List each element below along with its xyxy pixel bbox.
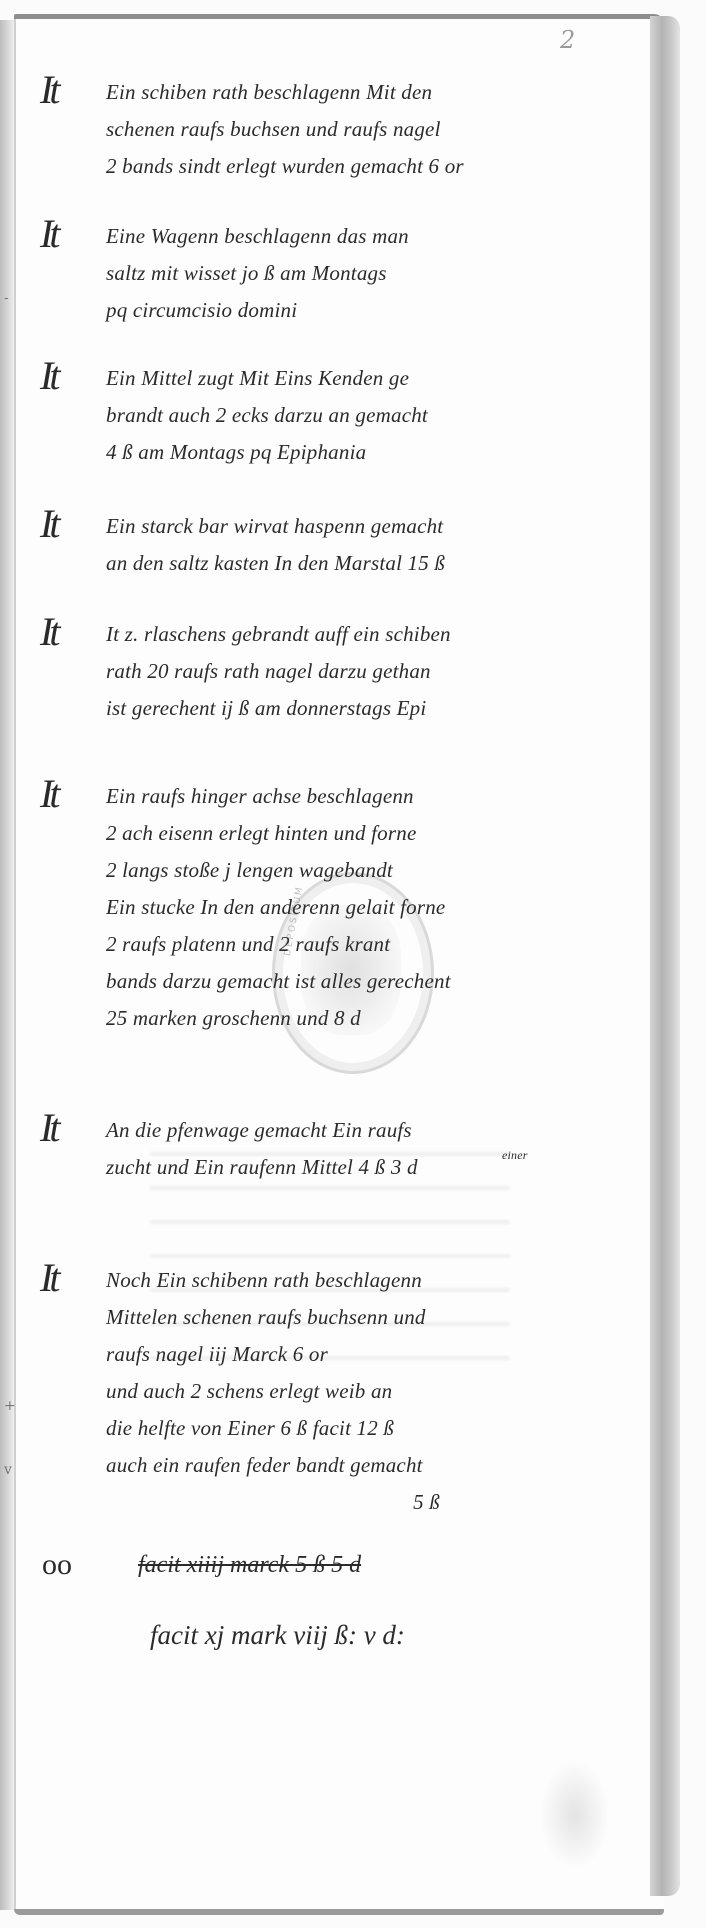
margin-mark: v bbox=[4, 1462, 12, 1478]
entry-line: Eine Wagenn beschlagenn das man bbox=[106, 218, 660, 255]
item-mark: It bbox=[40, 70, 56, 110]
margin-mark: - bbox=[4, 290, 9, 306]
entry-line: Ein Mittel zugt Mit Eins Kenden ge bbox=[106, 360, 660, 397]
ledger-entry: It Eine Wagenn beschlagenn das man saltz… bbox=[40, 218, 660, 329]
entry-line: Ein stucke In den anderenn gelait forne bbox=[106, 889, 660, 926]
entry-line: 2 ach eisenn erlegt hinten und forne bbox=[106, 815, 660, 852]
ledger-entry: It Noch Ein schibenn rath beschlagenn Mi… bbox=[40, 1262, 660, 1521]
folio-number: 2 bbox=[560, 26, 575, 54]
entry-line: Noch Ein schibenn rath beschlagenn bbox=[106, 1262, 660, 1299]
ledger-entry: It Ein schiben rath beschlagenn Mit den … bbox=[40, 74, 660, 185]
interlinear-insertion: einer bbox=[502, 1137, 528, 1174]
ledger-entry: It It z. rlaschens gebrandt auff ein sch… bbox=[40, 616, 660, 727]
entry-line: die helfte von Einer 6 ß facit 12 ß bbox=[106, 1410, 660, 1447]
item-mark: It bbox=[40, 356, 56, 396]
entry-line: ist gerechent ij ß am donnerstags Epi bbox=[106, 690, 660, 727]
item-mark: It bbox=[40, 214, 56, 254]
ledger-entry: It Ein starck bar wirvat haspenn gemacht… bbox=[40, 508, 660, 582]
entry-line: 5 ß bbox=[106, 1484, 660, 1521]
entry-line: zucht und Ein raufenn Mittel 4 ß 3 d ein… bbox=[106, 1149, 660, 1186]
entry-line: 2 bands sindt erlegt wurden gemacht 6 or bbox=[106, 148, 660, 185]
entry-line: 25 marken groschenn und 8 d bbox=[106, 1000, 660, 1037]
struck-total: facit xiiij marck 5 ß 5 d bbox=[138, 1552, 361, 1579]
ledger-entry: It Ein raufs hinger achse beschlagenn 2 … bbox=[40, 778, 660, 1037]
entry-line: an den saltz kasten In den Marstal 15 ß bbox=[106, 545, 660, 582]
entry-line: 4 ß am Montags pq Epiphania bbox=[106, 434, 660, 471]
entry-line: Ein schiben rath beschlagenn Mit den bbox=[106, 74, 660, 111]
scanned-page: 2 - + v DEPOSITUM It Ein schiben rath be… bbox=[0, 0, 706, 1928]
entry-line: 2 langs stoße j lengen wagebandt bbox=[106, 852, 660, 889]
entry-line: saltz mit wisset jo ß am Montags bbox=[106, 255, 660, 292]
entry-line: schenen raufs buchsen und raufs nagel bbox=[106, 111, 660, 148]
item-mark: It bbox=[40, 1258, 56, 1298]
entry-line: Ein raufs hinger achse beschlagenn bbox=[106, 778, 660, 815]
item-mark: It bbox=[40, 774, 56, 814]
ledger-entry: It An die pfenwage gemacht Ein raufs zuc… bbox=[40, 1112, 660, 1186]
entry-line: Ein starck bar wirvat haspenn gemacht bbox=[106, 508, 660, 545]
entry-line: pq circumcisio domini bbox=[106, 292, 660, 329]
entry-line: 2 raufs platenn und 2 raufs krant bbox=[106, 926, 660, 963]
entry-line-text: zucht und Ein raufenn Mittel 4 ß 3 d bbox=[106, 1155, 418, 1179]
foxing-stain bbox=[540, 1760, 610, 1870]
final-total: facit xj mark viij ß: v d: bbox=[150, 1620, 405, 1651]
item-mark: It bbox=[40, 504, 56, 544]
entry-line: brandt auch 2 ecks darzu an gemacht bbox=[106, 397, 660, 434]
item-mark: It bbox=[40, 612, 56, 652]
sum-mark: oo bbox=[42, 1548, 72, 1582]
ledger-entry: It Ein Mittel zugt Mit Eins Kenden ge br… bbox=[40, 360, 660, 471]
entry-line: bands darzu gemacht ist alles gerechent bbox=[106, 963, 660, 1000]
entry-line: An die pfenwage gemacht Ein raufs bbox=[106, 1112, 660, 1149]
item-mark: It bbox=[40, 1108, 56, 1148]
entry-line: It z. rlaschens gebrandt auff ein schibe… bbox=[106, 616, 660, 653]
margin-mark: + bbox=[4, 1398, 16, 1414]
entry-line: rath 20 raufs rath nagel darzu gethan bbox=[106, 653, 660, 690]
entry-line: raufs nagel iij Marck 6 or bbox=[106, 1336, 660, 1373]
entry-line: auch ein raufen feder bandt gemacht bbox=[106, 1447, 660, 1484]
entry-line: und auch 2 schens erlegt weib an bbox=[106, 1373, 660, 1410]
entry-line: Mittelen schenen raufs buchsenn und bbox=[106, 1299, 660, 1336]
